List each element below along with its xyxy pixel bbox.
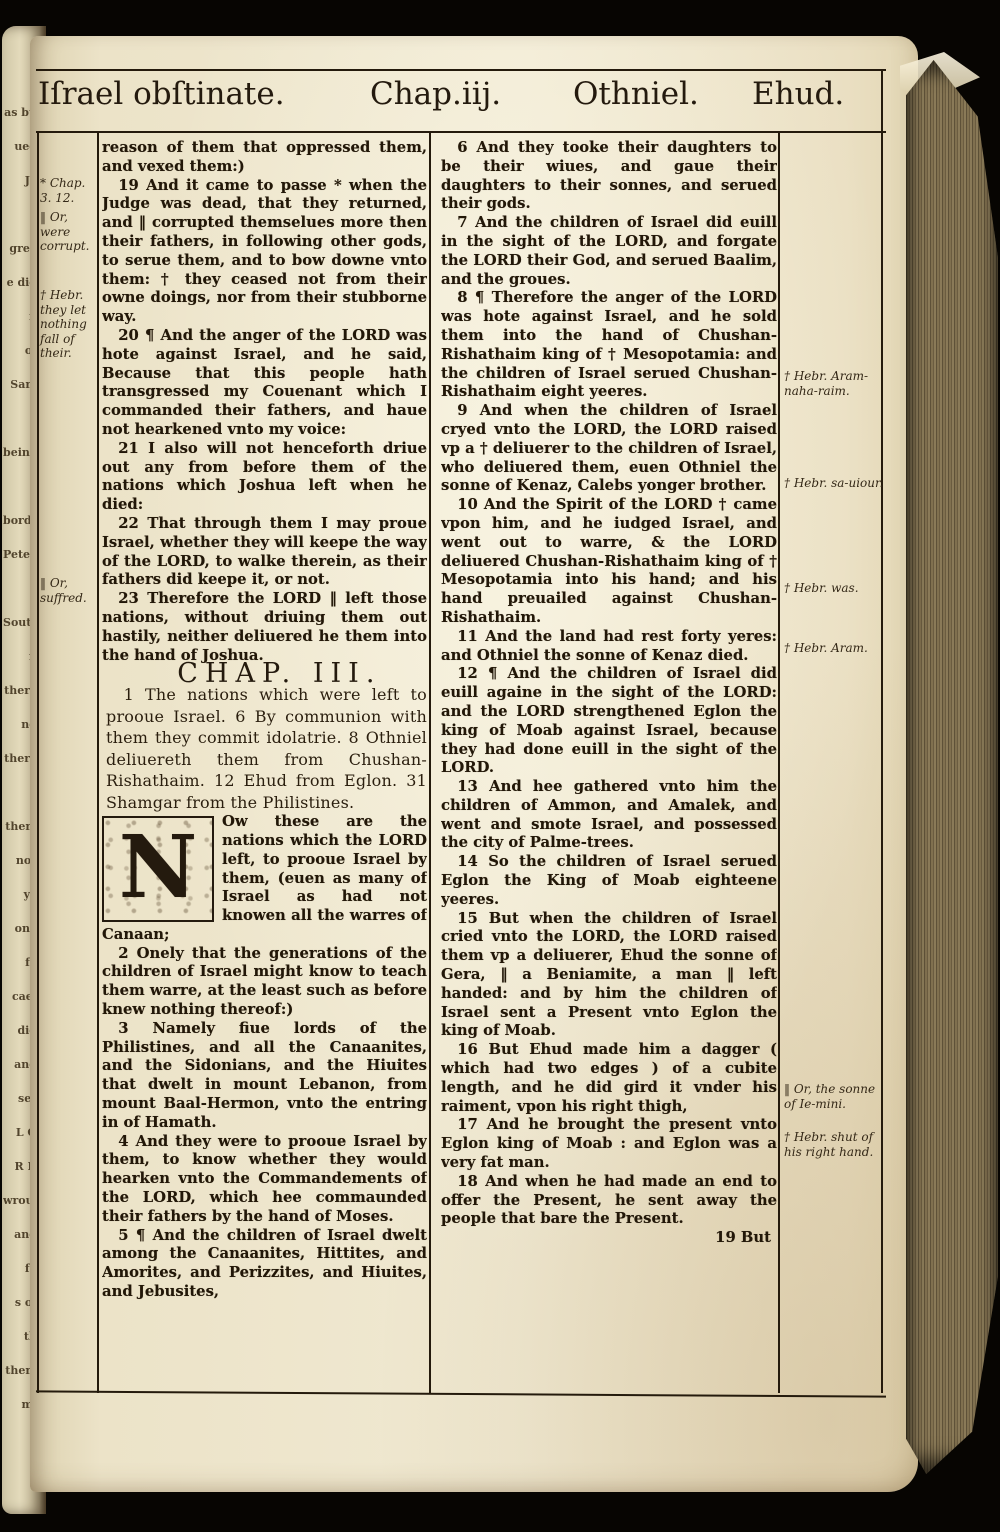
verse-9: 9 And when the children of Israel cryed … (441, 402, 777, 496)
margin-note: † Hebr. they let nothing fall of their. (40, 288, 96, 361)
text-column-right: 6 And they tooke their daughters to be t… (441, 139, 777, 1391)
running-header-chapter: Chap.iij. (370, 76, 501, 112)
text-column-left: reason of them that oppressed them, and … (102, 139, 427, 1391)
verse-2: 2 Onely that the generations of the chil… (102, 945, 427, 1020)
margin-note: * Chap. 3. 12. (40, 176, 96, 205)
verse-5: 5 ¶ And the children of Israel dwelt amo… (102, 1227, 427, 1302)
verse-11: 11 And the land had rest forty yeres: an… (441, 628, 777, 666)
verse-14: 14 So the children of Israel serued Eglo… (441, 853, 777, 909)
verse-13: 13 And hee gathered vnto him the childre… (441, 778, 777, 853)
frame-rule-bottom (36, 1390, 886, 1397)
margin-note: ‖ Or, were corrupt. (40, 210, 96, 254)
rule-column-divider (429, 131, 431, 1393)
margin-note: ‖ Or, suffred. (40, 576, 96, 605)
verse-8: 8 ¶ Therefore the anger of the LORD was … (441, 289, 777, 402)
verse-4: 4 And they were to prooue Israel by them… (102, 1133, 427, 1227)
frame-rule-top (36, 69, 886, 71)
verse-23: 23 Therefore the LORD ‖ left those natio… (102, 590, 427, 665)
frame-rule-left (37, 131, 39, 1393)
margin-note: ‖ Or, the sonne of Ie-mini. (784, 1082, 884, 1111)
verse-21: 21 I also will not henceforth driue out … (102, 440, 427, 515)
verse-16: 16 But Ehud made him a dagger ( which ha… (441, 1041, 777, 1116)
rule-left-margin-divider (97, 131, 99, 1393)
decorated-initial-N: N (102, 816, 214, 922)
chapter-heading: CHAP. III. (102, 665, 427, 684)
margin-note: † Hebr. shut of his right hand. (784, 1130, 884, 1159)
running-header-ehud: Ehud. (752, 76, 844, 112)
verse-12: 12 ¶ And the children of Israel did euil… (441, 665, 777, 778)
verse-18: 18 And when he had made an end to offer … (441, 1173, 777, 1229)
verse-22: 22 That through them I may proue Israel,… (102, 515, 427, 590)
verse-10: 10 And the Spirit of the LORD † came vpo… (441, 496, 777, 628)
margin-note: † Hebr. Aram-naha-raim. (784, 369, 884, 398)
verse-carryover: reason of them that oppressed them, and … (102, 139, 427, 177)
frame-rule-under-header (36, 131, 886, 133)
running-header-othniel: Othniel. (573, 76, 699, 112)
margin-note: † Hebr. was. (784, 581, 884, 596)
bible-page: Iſrael obſtinate. Chap.iij. Othniel. Ehu… (30, 36, 918, 1492)
margin-note: † Hebr. Aram. (784, 641, 884, 656)
verse-15: 15 But when the children of Israel cried… (441, 910, 777, 1042)
catchword: 19 But (441, 1229, 777, 1248)
frame-rule-right (881, 69, 883, 1393)
verse-19: 19 And it came to passe * when the Judge… (102, 177, 427, 327)
running-header-left: Iſrael obſtinate. (38, 76, 285, 112)
verse-6: 6 And they tooke their daughters to be t… (441, 139, 777, 214)
book-fore-edge (906, 60, 998, 1474)
verse-20: 20 ¶ And the anger of the LORD was hote … (102, 327, 427, 440)
verse-3: 3 Namely fiue lords of the Philistines, … (102, 1020, 427, 1133)
rule-right-margin-divider (778, 131, 780, 1393)
verse-17: 17 And he brought the present vnto Eglon… (441, 1116, 777, 1172)
verse-7: 7 And the children of Israel did euill i… (441, 214, 777, 289)
dropcap-letter: N (119, 817, 198, 918)
margin-note: † Hebr. sa-uiour. (784, 476, 884, 491)
chapter-summary: 1 The nations which were left to prooue … (102, 684, 427, 813)
